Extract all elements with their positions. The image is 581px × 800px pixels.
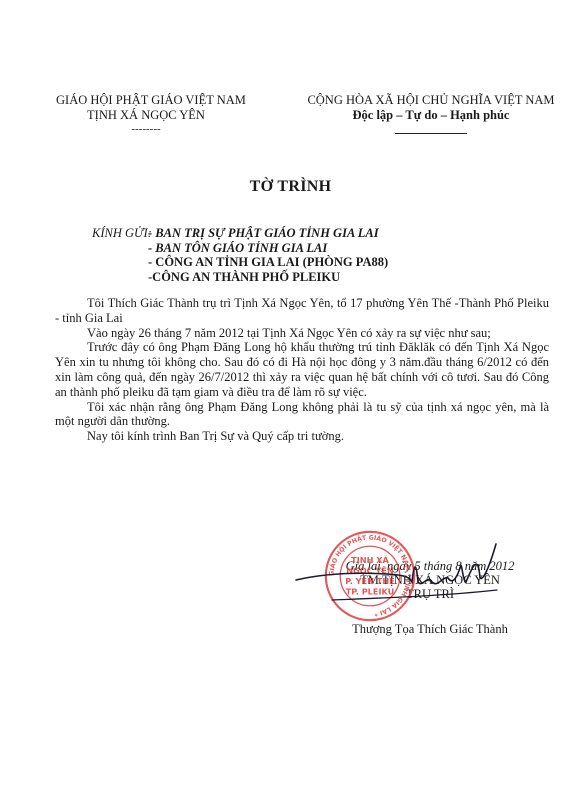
header-separator: -------- <box>56 123 236 135</box>
national-header: CỘNG HÒA XÃ HỘI CHỦ NGHĨA VIỆT NAM Độc l… <box>300 93 562 134</box>
recipients-label: KÍNH GỬI: <box>92 226 148 241</box>
body-paragraph: Trước đây có ông Phạm Đăng Long hộ khẩu … <box>55 340 549 399</box>
national-motto: Độc lập – Tự do – Hạnh phúc <box>300 108 562 123</box>
document-title: TỜ TRÌNH <box>0 178 581 196</box>
recipient-item: - CÔNG AN TỈNH GIA LAI (PHÒNG PA88) <box>148 255 388 270</box>
issuer-header: GIÁO HỘI PHẬT GIÁO VIỆT NAM TỊNH XÁ NGỌC… <box>56 93 236 135</box>
recipient-item: - BAN TÔN GIÁO TỈNH GIA LAI <box>148 241 327 256</box>
body-paragraph: Tôi Thích Giác Thành trụ trì Tịnh Xá Ngọ… <box>55 296 549 326</box>
issuer-unit: TỊNH XÁ NGỌC YÊN <box>56 108 236 123</box>
body-paragraph: Nay tôi kính trình Ban Trị Sự và Quý cấp… <box>55 429 549 444</box>
document-body: Tôi Thích Giác Thành trụ trì Tịnh Xá Ngọ… <box>55 296 549 444</box>
issuer-org: GIÁO HỘI PHẬT GIÁO VIỆT NAM <box>56 93 236 108</box>
recipient-item: -CÔNG AN THÀNH PHỐ PLEIKU <box>148 270 340 285</box>
national-title: CỘNG HÒA XÃ HỘI CHỦ NGHĨA VIỆT NAM <box>300 93 562 108</box>
body-paragraph: Vào ngày 26 tháng 7 năm 2012 tại Tịnh Xá… <box>55 326 549 341</box>
recipients-block: KÍNH GỬI: - BAN TRỊ SỰ PHẬT GIÁO TỈNH GI… <box>92 226 388 284</box>
body-paragraph: Tôi xác nhận rằng ông Phạm Đăng Long khô… <box>55 400 549 430</box>
motto-underline <box>395 133 467 134</box>
handwritten-signature <box>292 538 522 608</box>
recipient-item: - BAN TRỊ SỰ PHẬT GIÁO TỈNH GIA LAI <box>148 226 379 241</box>
signer-name: Thượng Tọa Thích Giác Thành <box>300 622 560 637</box>
